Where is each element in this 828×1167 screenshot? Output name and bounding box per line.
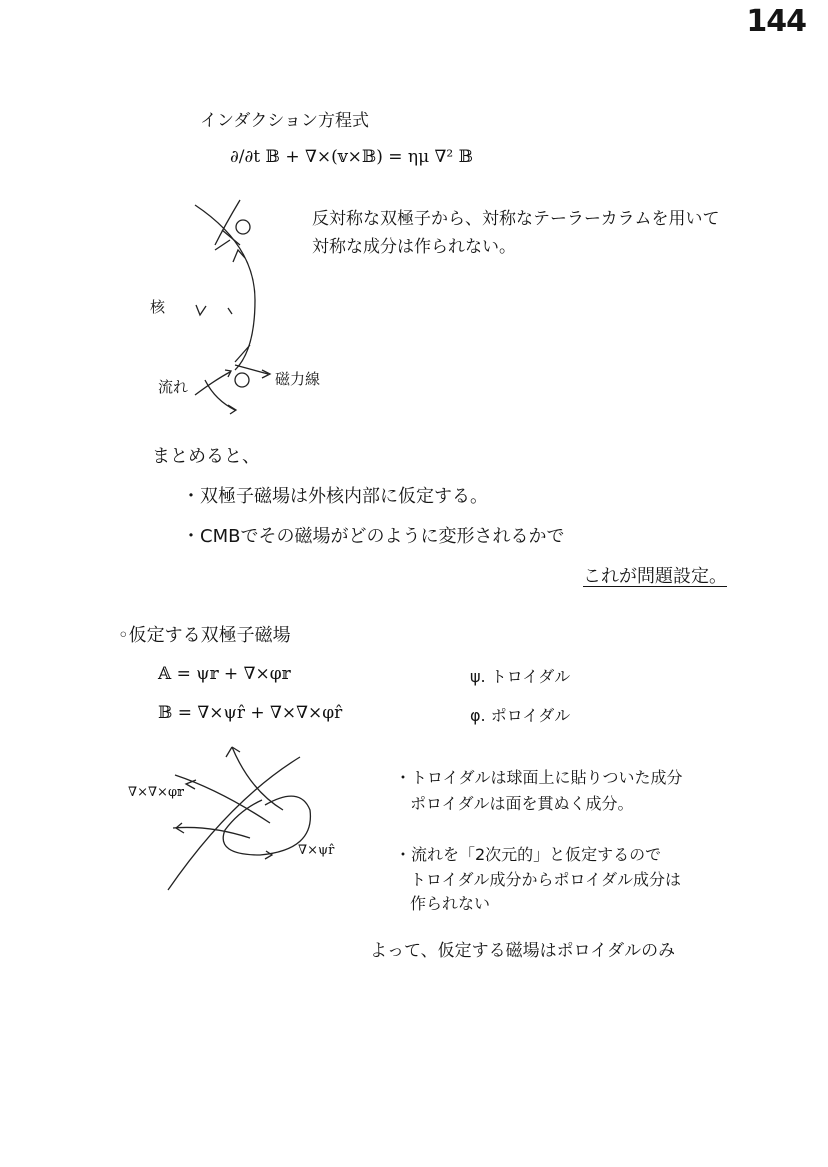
notebook-page: 144 インダクション方程式 ∂/∂t 𝔹 + ∇×(𝕧×𝔹) = ημ ∇² … <box>0 0 828 1167</box>
psi-definition: ψ. トロイダル <box>470 664 570 687</box>
summary-intro: まとめると、 <box>152 443 260 470</box>
toroidal-note: ・トロイダルは球面上に貼りついた成分 <box>395 765 683 788</box>
summary-bullet-2: ・CMBでその磁場がどのように変形されるかで <box>182 523 564 550</box>
core-label: 核 <box>150 296 165 317</box>
assumed-dipole-heading: ◦仮定する双極子磁場 <box>118 622 291 649</box>
flow-label: 流れ <box>158 376 188 397</box>
flow-assumption-note-2: トロイダル成分からポロイダル成分は <box>410 867 681 890</box>
poloidal-only-conclusion: よって、仮定する磁場はポロイダルのみ <box>370 936 675 961</box>
vector-potential-equation: 𝔸 = ψ𝕣 + ∇×φ𝕣 <box>158 664 291 684</box>
flow-assumption-note-3: 作られない <box>410 891 490 914</box>
summary-bullet-1: ・双極子磁場は外核内部に仮定する。 <box>182 483 488 510</box>
problem-setting-conclusion: これが問題設定。 <box>583 563 727 590</box>
poloidal-diagram-label: ∇×∇×φ𝕣 <box>128 785 184 800</box>
phi-definition: φ. ポロイダル <box>470 703 570 726</box>
toroidal-diagram-label: ∇×ψr̂ <box>298 843 334 858</box>
magnetic-field-equation: 𝔹 = ∇×ψr̂ + ∇×∇×φr̂ <box>158 703 342 723</box>
flow-assumption-note: ・流れを「2次元的」と仮定するので <box>395 842 661 865</box>
field-line-label: 磁力線 <box>275 368 320 389</box>
poloidal-note: ポロイダルは面を貫ぬく成分。 <box>410 791 634 814</box>
